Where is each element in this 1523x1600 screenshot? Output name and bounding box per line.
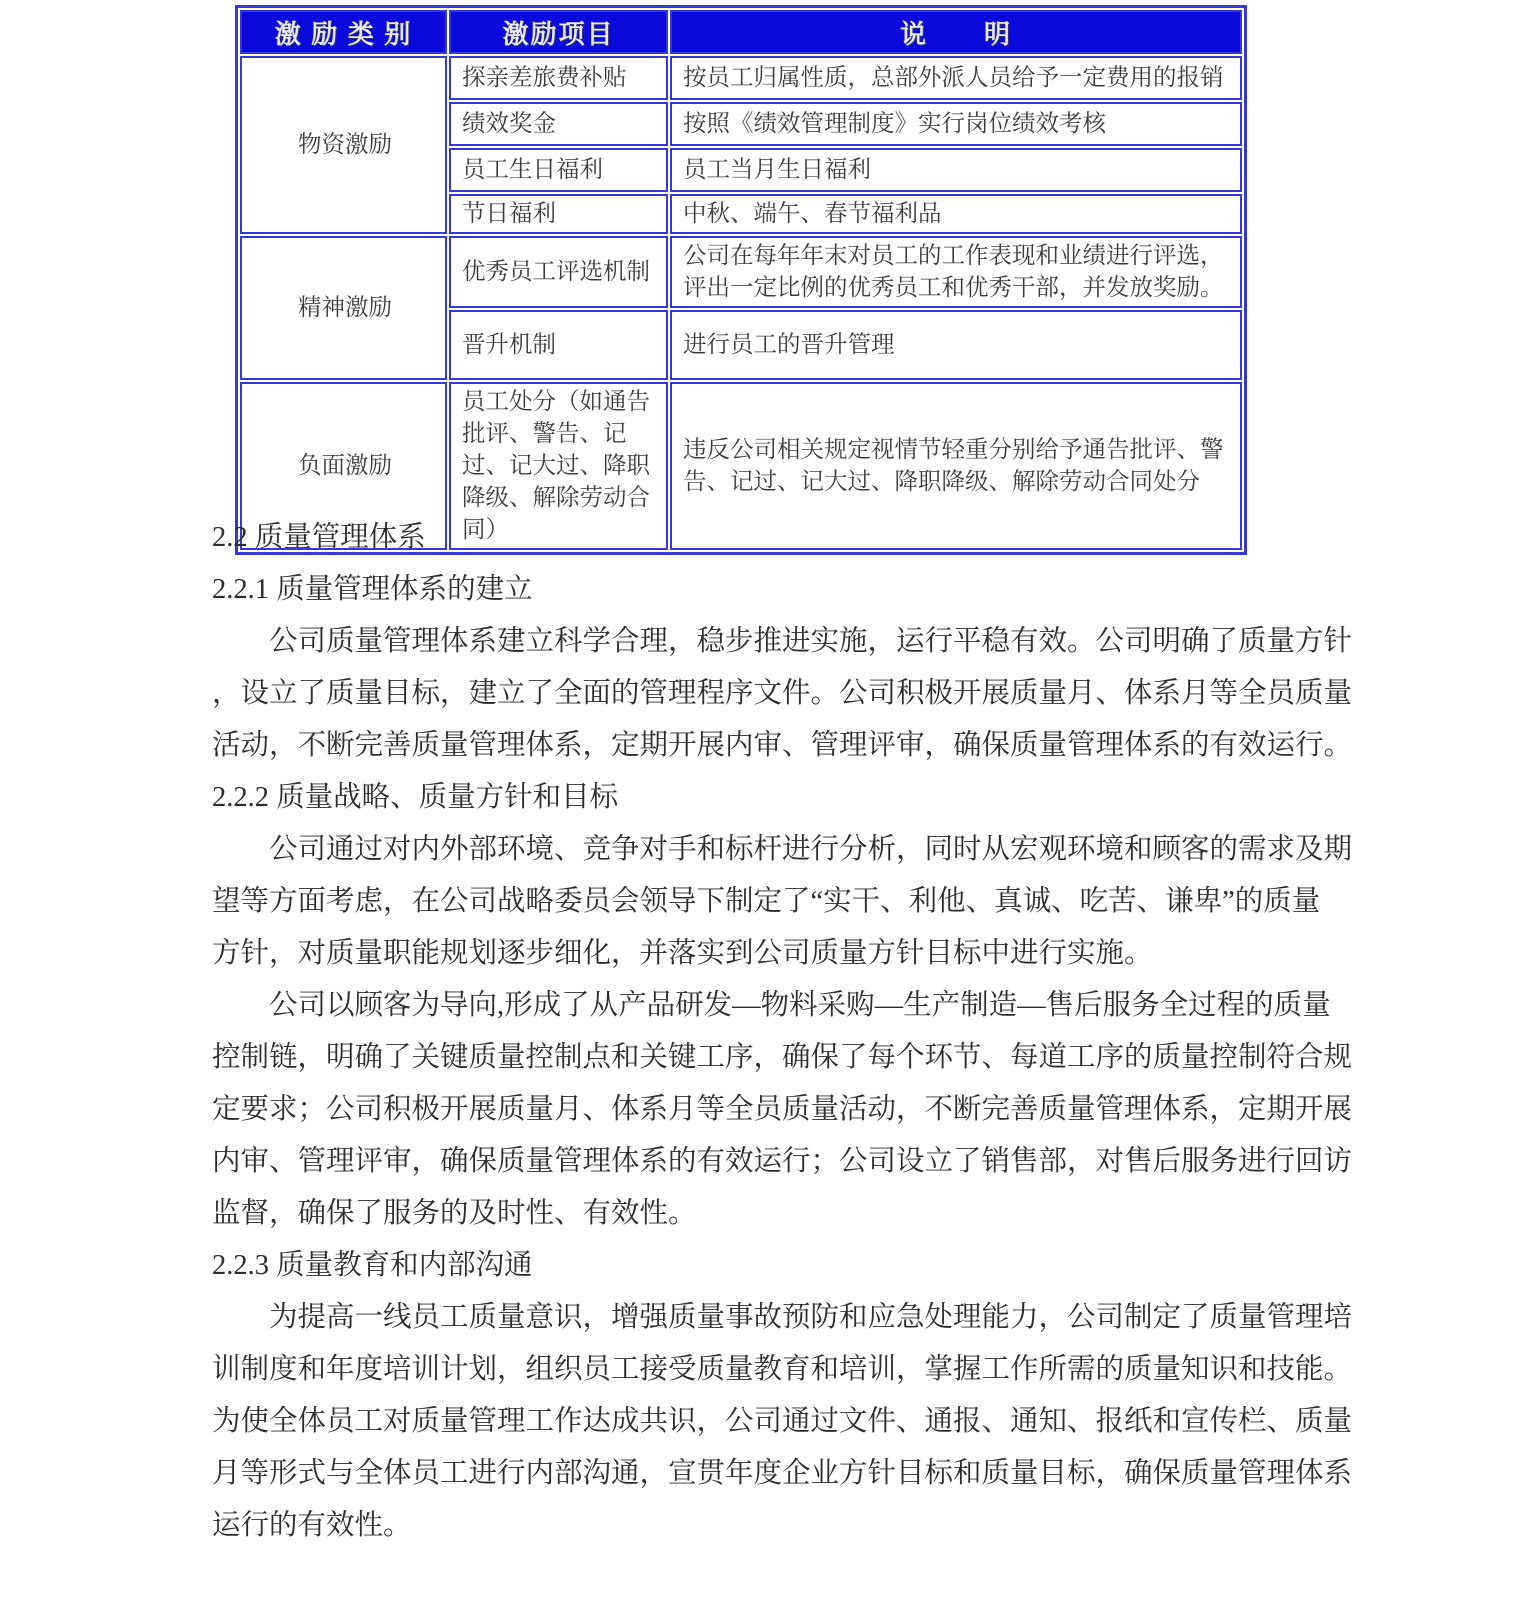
description-cell: 员工当月生日福利 (670, 148, 1242, 192)
text-line: 内审、管理评审，确保质量管理体系的有效运行；公司设立了销售部，对售后服务进行回访 (212, 1136, 1314, 1188)
description-cell: 中秋、端午、春节福利品 (670, 194, 1242, 234)
text-line: 训制度和年度培训计划，组织员工接受质量教育和培训，掌握工作所需的质量知识和技能。 (212, 1344, 1314, 1396)
text-line: 公司通过对内外部环境、竞争对手和标杆进行分析，同时从宏观环境和顾客的需求及期 (212, 824, 1314, 876)
incentive-table: 激 励 类 别激励项目说 明 物资激励探亲差旅费补贴按员工归属性质，总部外派人员… (235, 5, 1247, 555)
item-cell: 绩效奖金 (449, 102, 668, 146)
text-line: ，设立了质量目标，建立了全面的管理程序文件。公司积极开展质量月、体系月等全员质量 (212, 668, 1314, 720)
column-header-0: 激 励 类 别 (240, 10, 447, 54)
text-line: 公司以顾客为导向,形成了从产品研发—物料采购—生产制造—售后服务全过程的质量 (212, 980, 1314, 1032)
item-cell: 晋升机制 (449, 310, 668, 380)
text-line: 2.2.2 质量战略、质量方针和目标 (212, 772, 1314, 824)
text-line: 方针，对质量职能规划逐步细化，并落实到公司质量方针目标中进行实施。 (212, 928, 1314, 980)
description-cell: 进行员工的晋升管理 (670, 310, 1242, 380)
text-line: 运行的有效性。 (212, 1500, 1314, 1552)
description-cell: 按员工归属性质，总部外派人员给予一定费用的报销 (670, 56, 1242, 100)
text-line: 望等方面考虑，在公司战略委员会领导下制定了“实干、利他、真诚、吃苦、谦卑”的质量 (212, 876, 1314, 928)
item-cell: 探亲差旅费补贴 (449, 56, 668, 100)
description-cell: 公司在每年年末对员工的工作表现和业绩进行评选，评出一定比例的优秀员工和优秀干部，… (670, 236, 1242, 308)
category-cell: 精神激励 (240, 236, 447, 380)
item-cell: 优秀员工评选机制 (449, 236, 668, 308)
table-row: 精神激励优秀员工评选机制公司在每年年末对员工的工作表现和业绩进行评选，评出一定比… (240, 236, 1242, 308)
text-line: 2.2 质量管理体系 (212, 512, 1314, 564)
table-body: 物资激励探亲差旅费补贴按员工归属性质，总部外派人员给予一定费用的报销绩效奖金按照… (240, 56, 1242, 550)
body-text: 2.2 质量管理体系2.2.1 质量管理体系的建立公司质量管理体系建立科学合理，… (212, 512, 1314, 1552)
incentive-table-el: 激 励 类 别激励项目说 明 物资激励探亲差旅费补贴按员工归属性质，总部外派人员… (235, 5, 1247, 555)
description-cell: 按照《绩效管理制度》实行岗位绩效考核 (670, 102, 1242, 146)
text-line: 2.2.1 质量管理体系的建立 (212, 564, 1314, 616)
document-page: 激 励 类 别激励项目说 明 物资激励探亲差旅费补贴按员工归属性质，总部外派人员… (0, 0, 1523, 1600)
text-line: 为使全体员工对质量管理工作达成共识，公司通过文件、通报、通知、报纸和宣传栏、质量 (212, 1396, 1314, 1448)
text-line: 2.2.3 质量教育和内部沟通 (212, 1240, 1314, 1292)
text-line: 定要求；公司积极开展质量月、体系月等全员质量活动，不断完善质量管理体系，定期开展 (212, 1084, 1314, 1136)
text-line: 活动，不断完善质量管理体系，定期开展内审、管理评审，确保质量管理体系的有效运行。 (212, 720, 1314, 772)
column-header-2: 说 明 (670, 10, 1242, 54)
text-line: 月等形式与全体员工进行内部沟通，宣贯年度企业方针目标和质量目标，确保质量管理体系 (212, 1448, 1314, 1500)
item-cell: 节日福利 (449, 194, 668, 234)
text-line: 公司质量管理体系建立科学合理，稳步推进实施，运行平稳有效。公司明确了质量方针 (212, 616, 1314, 668)
table-row: 物资激励探亲差旅费补贴按员工归属性质，总部外派人员给予一定费用的报销 (240, 56, 1242, 100)
column-header-1: 激励项目 (449, 10, 668, 54)
text-line: 控制链，明确了关键质量控制点和关键工序，确保了每个环节、每道工序的质量控制符合规 (212, 1032, 1314, 1084)
item-cell: 员工生日福利 (449, 148, 668, 192)
text-line: 为提高一线员工质量意识，增强质量事故预防和应急处理能力，公司制定了质量管理培 (212, 1292, 1314, 1344)
text-line: 监督，确保了服务的及时性、有效性。 (212, 1188, 1314, 1240)
category-cell: 物资激励 (240, 56, 447, 234)
table-header-row: 激 励 类 别激励项目说 明 (240, 10, 1242, 54)
